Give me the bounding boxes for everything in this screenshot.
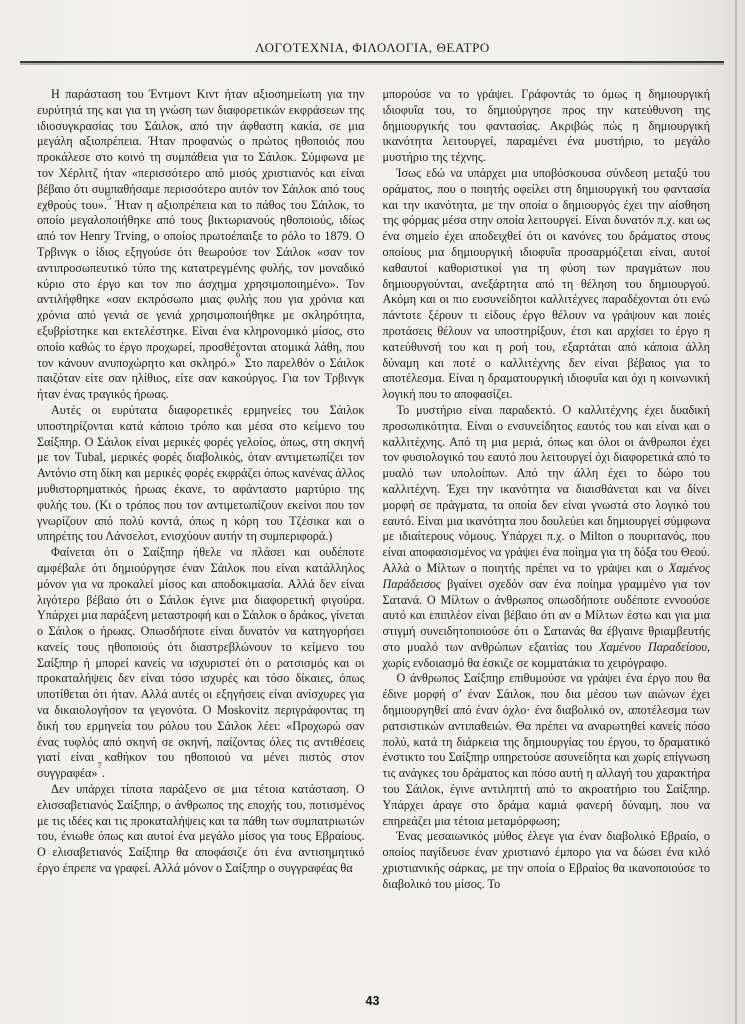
paragraph: Ίσως εδώ να υπάρχει μια υποβόσκουσα σύνδ… — [383, 166, 711, 403]
article-body: Η παράσταση του Έντμοντ Κιντ ήταν αξιοση… — [37, 87, 710, 893]
text-column-right: μπορούσε να το γράψει. Γράφοντάς το όμως… — [383, 87, 711, 893]
paragraph: Το μυστήριο είναι παραδεκτό. Ο καλλιτέχν… — [383, 403, 711, 672]
paragraph: Δεν υπάρχει τίποτα παράξενο σε μια τέτοι… — [37, 782, 365, 877]
text-column-left: Η παράσταση του Έντμοντ Κιντ ήταν αξιοση… — [37, 87, 365, 893]
header-rule — [20, 61, 724, 63]
page-number: 43 — [0, 994, 745, 1008]
footnote-marker: 5 — [107, 192, 111, 202]
text-run: Αυτές οι ευρύτατα διαφορετικές ερμηνείες… — [37, 403, 365, 543]
paragraph: μπορούσε να το γράψει. Γράφοντάς το όμως… — [383, 87, 711, 166]
text-run: Ήταν η αξιοπρέπεια και το πάθος του Σάιλ… — [37, 198, 365, 370]
paragraph: Η παράσταση του Έντμοντ Κιντ ήταν αξιοση… — [37, 87, 365, 403]
scanned-page: ΛΟΓΟΤΕΧΝΙΑ, ΦΙΛΟΛΟΓΙΑ, ΘΕΑΤΡΟ Η παράστασ… — [0, 0, 745, 1024]
text-run: . — [102, 766, 105, 780]
text-run: Ίσως εδώ να υπάρχει μια υποβόσκουσα σύνδ… — [383, 166, 711, 401]
paragraph: Αυτές οι ευρύτατα διαφορετικές ερμηνείες… — [37, 403, 365, 545]
book-title: Χαμένου Παραδείσου — [599, 640, 707, 654]
footnote-marker: 7 — [97, 760, 101, 770]
paragraph: Ο άνθρωπος Σαίξπηρ επιθυμούσε να γράψει … — [383, 671, 711, 829]
text-run: Ο άνθρωπος Σαίξπηρ επιθυμούσε να γράψει … — [383, 671, 711, 827]
text-run: Ένας μεσαιωνικός μύθος έλεγε για έναν δι… — [383, 829, 711, 890]
scan-edge-artifact — [735, 0, 737, 1024]
text-run: Η παράσταση του Έντμοντ Κιντ ήταν αξιοση… — [37, 87, 365, 212]
paragraph: Φαίνεται ότι ο Σαίξπηρ ήθελε να πλάσει κ… — [37, 545, 365, 782]
footnote-marker: 6 — [236, 349, 240, 359]
text-run: Φαίνεται ότι ο Σαίξπηρ ήθελε να πλάσει κ… — [37, 545, 365, 780]
running-head: ΛΟΓΟΤΕΧΝΙΑ, ΦΙΛΟΛΟΓΙΑ, ΘΕΑΤΡΟ — [20, 40, 725, 56]
paragraph: Ένας μεσαιωνικός μύθος έλεγε για έναν δι… — [383, 829, 711, 892]
text-run: Δεν υπάρχει τίποτα παράξενο σε μια τέτοι… — [37, 782, 365, 875]
text-run: μπορούσε να το γράψει. Γράφοντάς το όμως… — [383, 87, 711, 164]
text-run: Το μυστήριο είναι παραδεκτό. Ο καλλιτέχν… — [383, 403, 711, 575]
